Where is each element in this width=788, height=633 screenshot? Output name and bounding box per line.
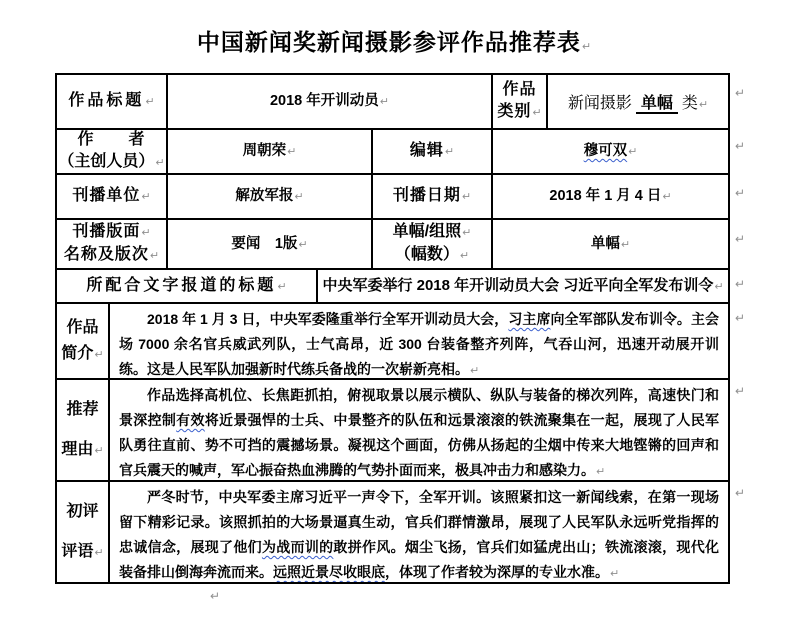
publish-date-label: 刊播日期↵ (393, 185, 471, 208)
paragraph-mark-icon: ↵ (94, 444, 103, 457)
paragraph-mark-icon: ↵ (277, 280, 286, 293)
editor-label: 编辑↵ (410, 140, 454, 163)
paragraph-mark-icon: ↵ (735, 311, 745, 325)
paragraph-mark-icon: ↵ (94, 348, 103, 361)
preliminary-review-label-cell: 初评 评语↵ (57, 482, 110, 582)
paragraph-mark-icon: ↵ (621, 238, 630, 251)
misspelled-text: 为战而训的 (262, 539, 333, 555)
page-edition-label-cell: 刊播版面↵ 名称及版次↵ (57, 220, 168, 270)
work-category-label-line2: 类别↵ (497, 101, 541, 124)
author-label-line2: （主创人员）↵ (58, 151, 164, 174)
work-category-value: 新闻摄影 单幅 类↵ (568, 90, 708, 113)
work-intro-text-cell: 2018 年 1 月 3 日，中央军委隆重举行全军开训动员大会，习主席向全军部队… (110, 304, 728, 380)
recommend-reason-label-cell: 推荐 理由↵ (57, 380, 110, 482)
single-or-group-label-line1: 单幅/组照↵ (393, 221, 472, 244)
publish-unit-value-cell: 解放军报↵ (168, 175, 373, 220)
paragraph-mark-icon: ↵ (445, 145, 454, 158)
preliminary-review-label-line1: 初评 (66, 502, 98, 522)
paragraph-mark-icon: ↵ (462, 190, 471, 203)
single-or-group-label-line2: （幅数）↵ (395, 244, 469, 267)
publish-unit-value: 解放军报↵ (235, 186, 303, 207)
paragraph-mark-icon: ↵ (735, 232, 745, 246)
paragraph-mark-icon: ↵ (699, 98, 708, 111)
page-edition-label-line1: 刊播版面↵ (72, 221, 150, 244)
editor-label-cell: 编辑↵ (373, 130, 493, 175)
work-intro-label-line1: 作品 (66, 318, 98, 338)
page-edition-label-line2: 名称及版次↵ (64, 244, 159, 267)
page-edition-value-cell: 要闻 1版↵ (168, 220, 373, 270)
document-page: { "page": { "title": "中国新闻奖新闻摄影参评作品推荐表" … (0, 0, 788, 633)
author-value: 周朝荣↵ (243, 141, 297, 162)
misspelled-text: 远照近景尽收眼底 (273, 564, 385, 580)
preliminary-review-label-line2: 评语↵ (61, 542, 103, 563)
work-title-value-cell: 2018 年开训动员↵ (168, 75, 493, 130)
recommendation-table: 作品标题↵ 2018 年开训动员↵ 作品 类别↵ 新闻摄影 单幅 类↵ 作 者 … (55, 73, 730, 584)
paragraph-mark-icon: ↵ (596, 465, 605, 478)
author-label-cell: 作 者 （主创人员）↵ (57, 130, 168, 175)
table-row-author: 作 者 （主创人员）↵ 周朝荣↵ 编辑↵ 穆可双↵ (57, 130, 728, 175)
table-row-preliminary-review: 初评 评语↵ 严冬时节，中央军委主席习近平一声令下，全军开训。该照紧扣这一新闻线… (57, 482, 728, 582)
paragraph-mark-icon: ↵ (145, 95, 154, 108)
paragraph-mark-icon: ↵ (735, 186, 745, 200)
body-text: ，体现了作者较为深厚的专业水准。 (385, 564, 609, 580)
author-label-line1: 作 者 (77, 130, 145, 151)
work-category-label-line1: 作品 (502, 79, 536, 101)
accompanying-report-value-cell: 中央军委举行 2018 年开训动员大会 习近平向全军发布训令↵ (318, 270, 728, 304)
paragraph-mark-icon: ↵ (210, 589, 220, 603)
single-or-group-label-cell: 单幅/组照↵ （幅数）↵ (373, 220, 493, 270)
paragraph-mark-icon: ↵ (380, 95, 389, 108)
paragraph-mark-icon: ↵ (735, 277, 745, 291)
table-row-recommend-reason: 推荐 理由↵ 作品选择高机位、长焦距抓拍，俯视取景以展示横队、纵队与装备的梯次列… (57, 380, 728, 482)
paragraph-mark-icon: ↵ (94, 546, 103, 559)
preliminary-review-paragraph: 严冬时节，中央军委主席习近平一声令下，全军开训。该照紧扣这一新闻线索，在第一现场… (119, 485, 719, 582)
publish-unit-label: 刊播单位↵ (72, 185, 150, 208)
paragraph-mark-icon: ↵ (470, 364, 479, 377)
recommend-reason-paragraph: 作品选择高机位、长焦距抓拍，俯视取景以展示横队、纵队与装备的梯次列阵，高速快门和… (119, 383, 719, 482)
paragraph-mark-icon: ↵ (735, 86, 745, 100)
paragraph-mark-icon: ↵ (735, 139, 745, 153)
table-row-publish-unit: 刊播单位↵ 解放军报↵ 刊播日期↵ 2018 年 1 月 4 日↵ (57, 175, 728, 220)
paragraph-mark-icon: ↵ (582, 40, 591, 53)
page-edition-value: 要闻 1版↵ (231, 234, 307, 255)
paragraph-mark-icon: ↵ (462, 226, 471, 239)
table-row-page-edition: 刊播版面↵ 名称及版次↵ 要闻 1版↵ 单幅/组照↵ （幅数）↵ 单幅↵ (57, 220, 728, 270)
single-or-group-value: 单幅↵ (591, 234, 630, 255)
category-blank-value: 单幅 (636, 95, 678, 114)
paragraph-mark-icon: ↵ (735, 486, 745, 500)
paragraph-mark-icon: ↵ (141, 226, 150, 239)
work-intro-paragraph: 2018 年 1 月 3 日，中央军委隆重举行全军开训动员大会，习主席向全军部队… (119, 307, 719, 380)
table-row-accompanying-report: 所配合文字报道的标题↵ 中央军委举行 2018 年开训动员大会 习近平向全军发布… (57, 270, 728, 304)
publish-date-value-cell: 2018 年 1 月 4 日↵ (493, 175, 728, 220)
work-intro-label-line2: 简介↵ (61, 344, 103, 365)
misspelled-text: 习主席 (508, 311, 550, 327)
paragraph-mark-icon: ↵ (150, 249, 159, 262)
accompanying-report-label-cell: 所配合文字报道的标题↵ (57, 270, 318, 304)
work-intro-label-cell: 作品 简介↵ (57, 304, 110, 380)
editor-value: 穆可双↵ (584, 141, 638, 162)
publish-date-label-cell: 刊播日期↵ (373, 175, 493, 220)
body-text: 2018 年 1 月 3 日，中央军委隆重举行全军开训动员大会， (147, 311, 508, 327)
publish-date-value: 2018 年 1 月 4 日↵ (549, 186, 671, 207)
accompanying-report-label: 所配合文字报道的标题↵ (86, 275, 286, 298)
paragraph-mark-icon: ↵ (628, 145, 637, 158)
publish-unit-label-cell: 刊播单位↵ (57, 175, 168, 220)
paragraph-mark-icon: ↵ (610, 567, 619, 580)
recommend-reason-label-line2: 理由↵ (61, 440, 103, 461)
work-category-value-cell: 新闻摄影 单幅 类↵ (548, 75, 728, 130)
misspelled-text: 穆可双 (584, 143, 628, 159)
recommend-reason-text-cell: 作品选择高机位、长焦距抓拍，俯视取景以展示横队、纵队与装备的梯次列阵，高速快门和… (110, 380, 728, 482)
work-title-label: 作品标题↵ (68, 90, 154, 113)
page-title: 中国新闻奖新闻摄影参评作品推荐表↵ (0, 24, 788, 57)
single-or-group-value-cell: 单幅↵ (493, 220, 728, 270)
recommend-reason-label-line1: 推荐 (66, 400, 98, 420)
paragraph-mark-icon: ↵ (287, 145, 296, 158)
paragraph-mark-icon: ↵ (532, 106, 541, 119)
paragraph-mark-icon: ↵ (155, 156, 164, 169)
table-row-work-title: 作品标题↵ 2018 年开训动员↵ 作品 类别↵ 新闻摄影 单幅 类↵ (57, 75, 728, 130)
paragraph-mark-icon: ↵ (460, 249, 469, 262)
paragraph-mark-icon: ↵ (735, 384, 745, 398)
body-text: 将近景强悍的士兵、中景整齐的队伍和远景滚滚的铁流聚集在一起，展现了人民军队勇往直… (119, 412, 719, 478)
accompanying-report-value: 中央军委举行 2018 年开训动员大会 习近平向全军发布训令↵ (322, 276, 723, 297)
work-title-value: 2018 年开训动员↵ (270, 91, 389, 112)
paragraph-mark-icon: ↵ (141, 190, 150, 203)
page-title-text: 中国新闻奖新闻摄影参评作品推荐表 (197, 30, 581, 55)
paragraph-mark-icon: ↵ (294, 190, 303, 203)
misspelled-text: 有效 (176, 412, 205, 428)
paragraph-mark-icon: ↵ (714, 280, 723, 293)
table-row-work-intro: 作品 简介↵ 2018 年 1 月 3 日，中央军委隆重举行全军开训动员大会，习… (57, 304, 728, 380)
author-value-cell: 周朝荣↵ (168, 130, 373, 175)
work-title-label-cell: 作品标题↵ (57, 75, 168, 130)
paragraph-mark-icon: ↵ (298, 238, 307, 251)
work-category-label-cell: 作品 类别↵ (493, 75, 548, 130)
paragraph-mark-icon: ↵ (662, 190, 671, 203)
preliminary-review-text-cell: 严冬时节，中央军委主席习近平一声令下，全军开训。该照紧扣这一新闻线索，在第一现场… (110, 482, 728, 582)
editor-value-cell: 穆可双↵ (493, 130, 728, 175)
